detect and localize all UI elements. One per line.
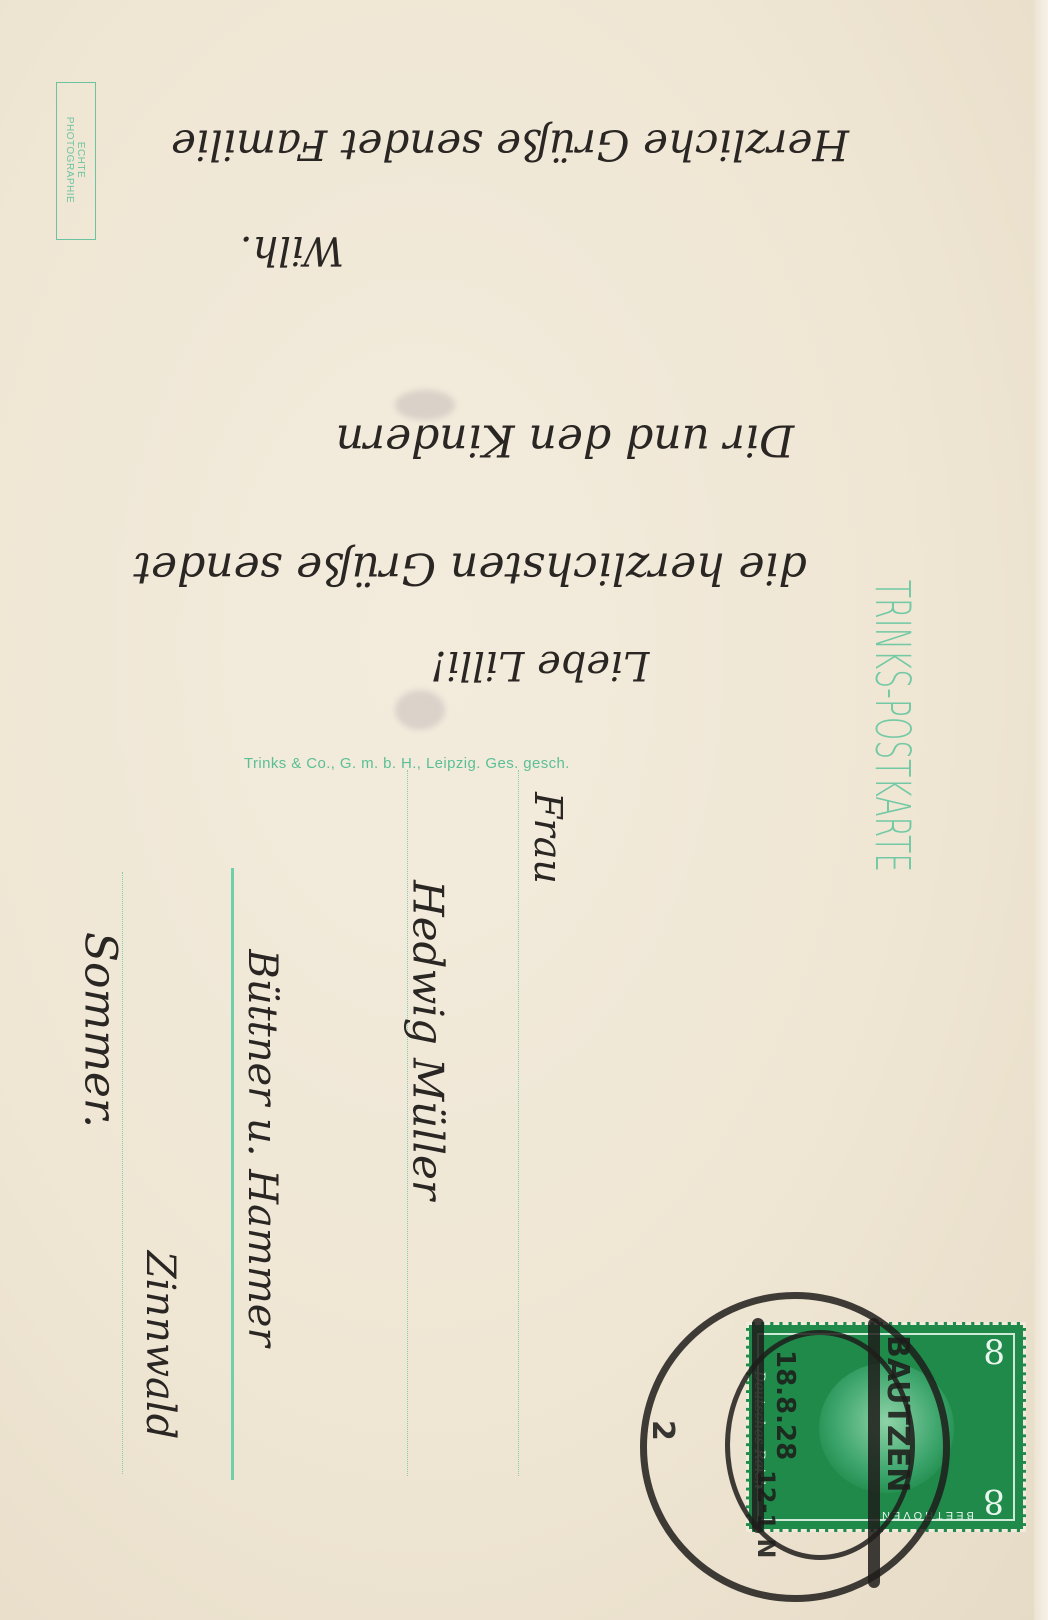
- postmark-time: 12-1 N: [752, 1470, 780, 1559]
- address-text: Hedwig Müller: [404, 880, 453, 1200]
- card-title-text: TRINKS-POSTKARTE: [864, 580, 920, 872]
- postmark-city: BAUTZEN: [880, 1335, 915, 1492]
- address-text: Frau: [526, 792, 570, 884]
- address-line-solid: [231, 868, 234, 1480]
- ink-smudge: [395, 690, 445, 730]
- message-line: Dir und den Kindern: [336, 415, 795, 466]
- message-line: Liebe Lilli!: [431, 642, 650, 688]
- message-line: Wilh.: [240, 227, 344, 273]
- photo-mark-line-2: PHOTOGRAPHIE: [64, 117, 75, 203]
- message-line: Herzliche Grüße sendet Familie: [171, 121, 849, 170]
- postcard-back: ECHTE PHOTOGRAPHIE TRINKS-POSTKARTE Trin…: [0, 0, 1048, 1620]
- message-line: die herzlichsten Grüße sendet: [133, 543, 806, 594]
- card-edge: [1034, 0, 1048, 1620]
- postmark-code: 2: [645, 1420, 680, 1441]
- card-title: TRINKS-POSTKARTE: [864, 490, 920, 962]
- ink-smudge: [395, 390, 455, 420]
- address-line-1: [518, 770, 519, 1476]
- address-text: Sommer.: [75, 932, 126, 1128]
- postmark-date: 18.8.28: [770, 1350, 800, 1460]
- stamp-value: 8: [983, 1481, 1005, 1521]
- photo-mark-line-1: ECHTE: [75, 117, 86, 203]
- address-text: Büttner u. Hammer: [239, 949, 285, 1346]
- postmark-bar: [868, 1318, 880, 1588]
- stamp-value: 8: [983, 1333, 1005, 1373]
- address-text: Zinnwald: [137, 1251, 183, 1440]
- photo-mark: ECHTE PHOTOGRAPHIE: [64, 117, 86, 203]
